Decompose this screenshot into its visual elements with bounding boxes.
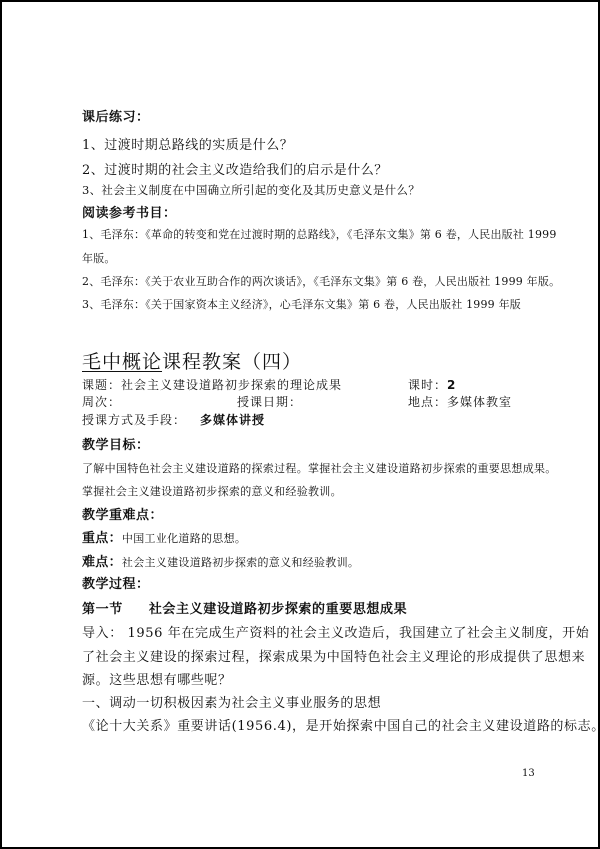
lesson-hours-value: 2 (447, 378, 456, 392)
keypoint-difficulty: 难点：社会主义建设道路初步探索的意义和经验教训。 (82, 551, 359, 570)
goals-line: 了解中国特色社会主义建设道路的探索过程。掌握社会主义建设道路初步探索的重要思想成… (82, 460, 557, 476)
body-line: 《论十大关系》重要讲话(1956.4)，是开始探索中国自己的社会主义建设道路的标… (82, 715, 600, 734)
document-page: 课后练习： 1、过渡时期总路线的实质是什么？ 2、过渡时期的社会主义改造给我们的… (0, 0, 600, 849)
exercise-item: 2、过渡时期的社会主义改造给我们的启示是什么？ (82, 159, 388, 178)
keypoint-focus: 重点：中国工业化道路的思想。 (82, 527, 246, 546)
page-number: 13 (522, 768, 535, 779)
intro-line: 了社会主义建设的探索过程，探索成果为中国特色社会主义理论的形成提供了思想来 (82, 646, 585, 665)
lesson-hours: 课时：2 (408, 376, 456, 393)
reading-item: 1、毛泽东：《革命的转变和党在过渡时期的总路线》，《毛泽东文集》第 6 卷，人民… (82, 226, 557, 242)
reading-heading: 阅读参考书目： (82, 202, 177, 221)
lesson-method-value: 多媒体讲授 (200, 413, 265, 427)
lesson-topic: 课题：社会主义建设道路初步探索的理论成果 (82, 376, 342, 393)
intro-line: 源。这些思想有哪些呢？ (82, 669, 232, 688)
lesson-date: 授课日期： (237, 393, 302, 410)
exercises-heading: 课后练习： (82, 106, 150, 125)
reading-item: 3、毛泽东：《关于国家资本主义经济》，心毛泽东文集》第 6 卷，人民出版社 19… (82, 296, 521, 312)
process-heading: 教学过程： (82, 573, 150, 592)
goals-heading: 教学目标： (82, 434, 150, 453)
subheading: 一、调动一切积极因素为社会主义事业服务的思想 (82, 692, 381, 711)
lesson-method: 授课方式及手段：多媒体讲授 (82, 411, 265, 428)
exercise-item: 3、社会主义制度在中国确立所引起的变化及其历史意义是什么？ (82, 182, 420, 198)
lesson-title: 毛中概论课程教案（四） (82, 347, 302, 374)
intro-line: 导入： 1956 年在完成生产资料的社会主义改造后，我国建立了社会主义制度，开始 (82, 622, 589, 641)
section-title: 第一节社会主义建设道路初步探索的重要思想成果 (82, 598, 407, 617)
lesson-week: 周次： (82, 393, 121, 410)
goals-line: 掌握社会主义建设道路初步探索的意义和经验教训。 (82, 483, 342, 499)
lesson-location: 地点：多媒体教室 (408, 393, 512, 410)
reading-item: 2、毛泽东：《关于农业互助合作的两次谈话》，《毛泽东文集》第 6 卷，人民出版社… (82, 273, 560, 289)
keypoints-heading: 教学重难点： (82, 504, 163, 523)
reading-item-continuation: 年版。 (82, 250, 116, 266)
exercise-item: 1、过渡时期总路线的实质是什么？ (82, 134, 293, 153)
lesson-title-rest: 课程教案（四） (162, 351, 302, 373)
lesson-title-course: 毛中概论 (82, 351, 162, 373)
